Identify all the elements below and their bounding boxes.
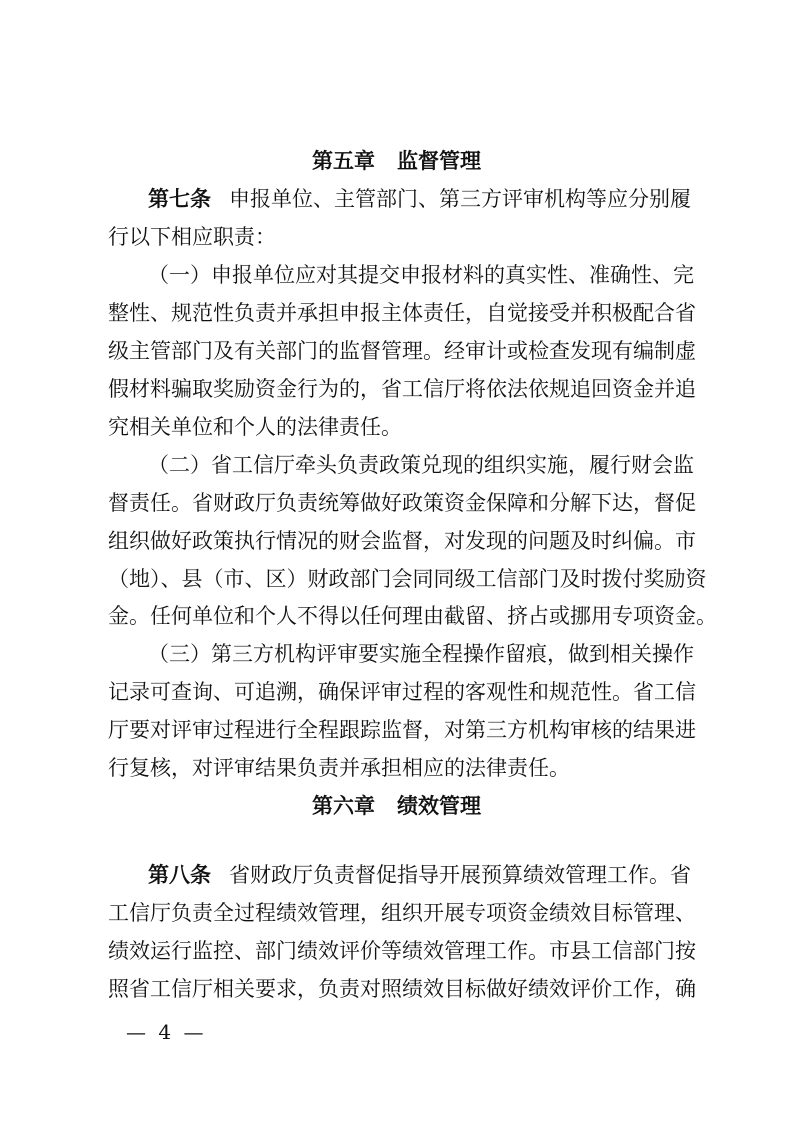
chapter-5-number: 第五章: [312, 149, 375, 173]
article-7-line-1: 第七条申报单位、主管部门、第三方评审机构等应分别履: [148, 184, 690, 214]
item-3-line-4: 行复核，对评审结果负责并承担相应的法律责任。: [108, 753, 690, 783]
item-1-line-2: 整性、规范性负责并承担申报主体责任，自觉接受并积极配合省: [108, 298, 690, 328]
article-8-label: 第八条: [148, 863, 211, 887]
article-8-line-4: 照省工信厅相关要求，负责对照绩效目标做好绩效评价工作，确: [108, 974, 690, 1004]
page-number: — 4 —: [126, 1018, 203, 1046]
item-1-line-4: 假材料骗取奖励资金行为的，省工信厅将依法依规追回资金并追: [108, 374, 690, 404]
chapter-6-number: 第六章: [312, 794, 375, 818]
article-8-line-1: 第八条省财政厅负责督促指导开展预算绩效管理工作。省: [148, 860, 690, 890]
article-7-line-2: 行以下相应职责：: [108, 222, 690, 252]
chapter-6-heading: 第六章绩效管理: [0, 791, 793, 821]
chapter-5-title: 监督管理: [397, 149, 481, 173]
item-1-line-3: 级主管部门及有关部门的监督管理。经审计或检查发现有编制虚: [108, 336, 690, 366]
item-3-line-1: （三）第三方机构评审要实施全程操作留痕，做到相关操作: [148, 639, 690, 669]
item-1-line-5: 究相关单位和个人的法律责任。: [108, 412, 690, 442]
chapter-5-heading: 第五章监督管理: [0, 146, 793, 176]
item-1-line-1: （一）申报单位应对其提交申报材料的真实性、准确性、完: [148, 260, 690, 290]
item-2-line-2: 督责任。省财政厅负责统筹做好政策资金保障和分解下达，督促: [108, 488, 690, 518]
item-2-line-3: 组织做好政策执行情况的财会监督，对发现的问题及时纠偏。市: [108, 526, 690, 556]
chapter-6-title: 绩效管理: [397, 794, 481, 818]
item-3-line-2: 记录可查询、可追溯，确保评审过程的客观性和规范性。省工信: [108, 677, 690, 707]
article-8-line-3: 绩效运行监控、部门绩效评价等绩效管理工作。市县工信部门按: [108, 936, 690, 966]
item-2-line-5: 金。任何单位和个人不得以任何理由截留、挤占或挪用专项资金。: [108, 601, 690, 631]
item-3-line-3: 厅要对评审过程进行全程跟踪监督，对第三方机构审核的结果进: [108, 715, 690, 745]
item-2-line-1: （二）省工信厅牵头负责政策兑现的组织实施，履行财会监: [148, 450, 690, 480]
article-8-text-1: 省财政厅负责督促指导开展预算绩效管理工作。省: [229, 863, 691, 887]
article-8-line-2: 工信厅负责全过程绩效管理，组织开展专项资金绩效目标管理、: [108, 898, 690, 928]
article-7-label: 第七条: [148, 187, 211, 211]
item-2-line-4: （地）、县（市、区）财政部门会同同级工信部门及时拨付奖励资: [108, 564, 690, 594]
article-7-text-1: 申报单位、主管部门、第三方评审机构等应分别履: [229, 187, 691, 211]
document-page: 第五章监督管理 第七条申报单位、主管部门、第三方评审机构等应分别履 行以下相应职…: [0, 0, 793, 1122]
